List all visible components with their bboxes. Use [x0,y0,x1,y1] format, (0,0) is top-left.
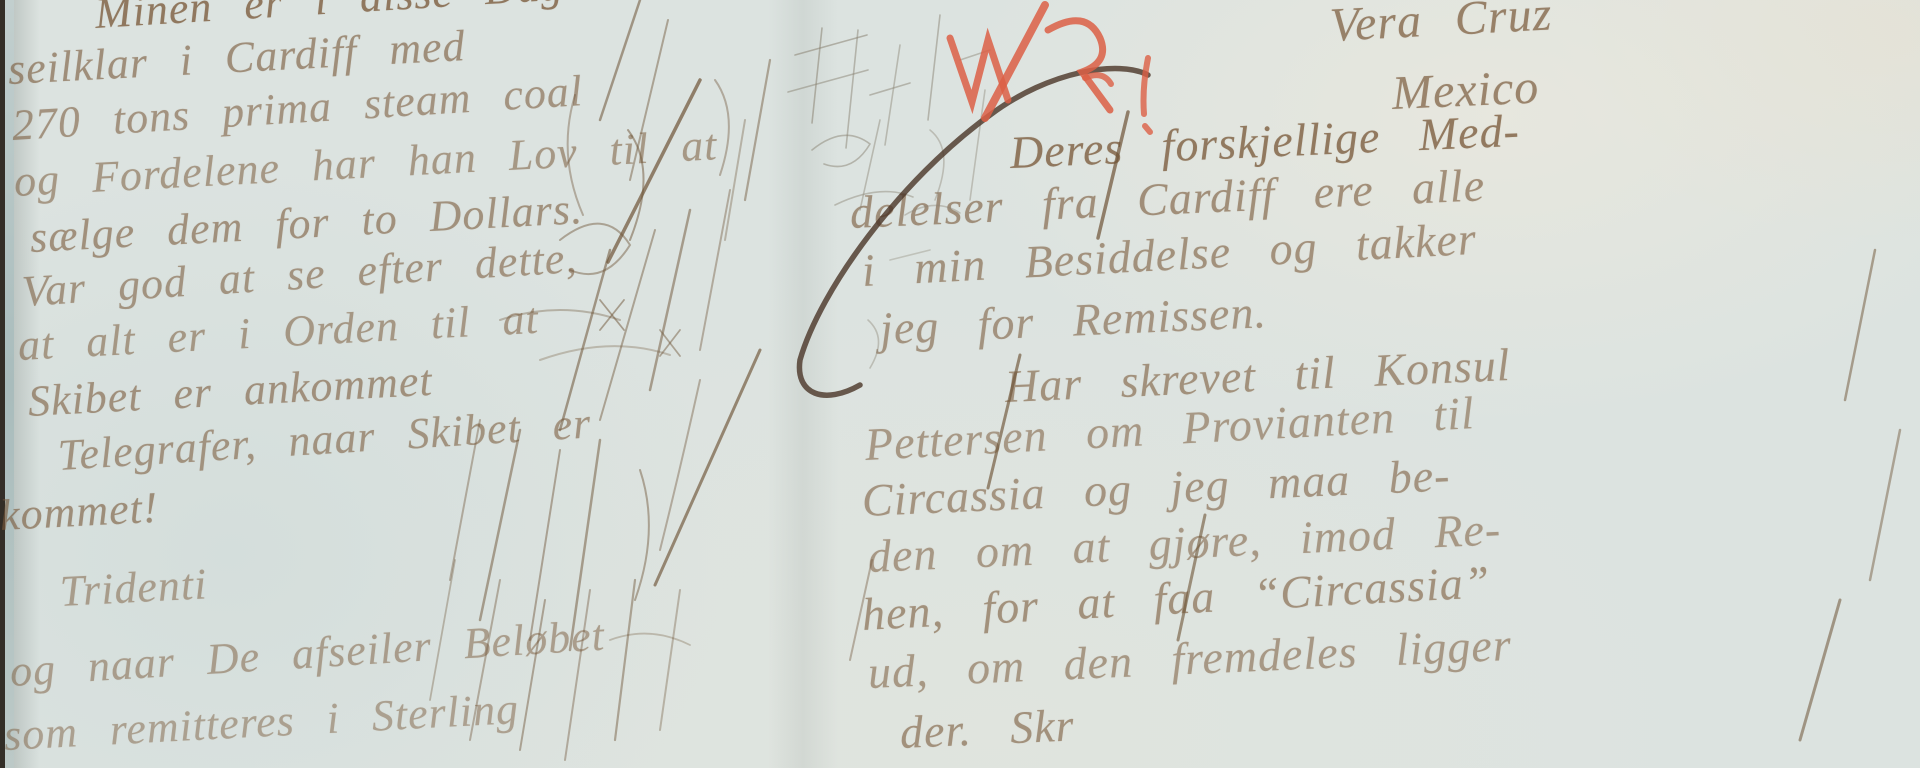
letter-scan: Minen er i disse Dage seilklar i Cardiff… [0,0,1920,768]
handwriting-line: jeg for Remissen. [879,285,1268,355]
page-fold-gutter [768,0,838,768]
handwriting-line: der. Skr [899,698,1076,759]
handwriting-line: som remitteres i Sterling [3,683,521,761]
dateline-place: Vera Cruz [1329,0,1554,53]
red-crayon-mark [950,5,1150,132]
handwriting-line: Tridenti [59,558,209,617]
handwriting-line: kommet! [0,482,160,541]
